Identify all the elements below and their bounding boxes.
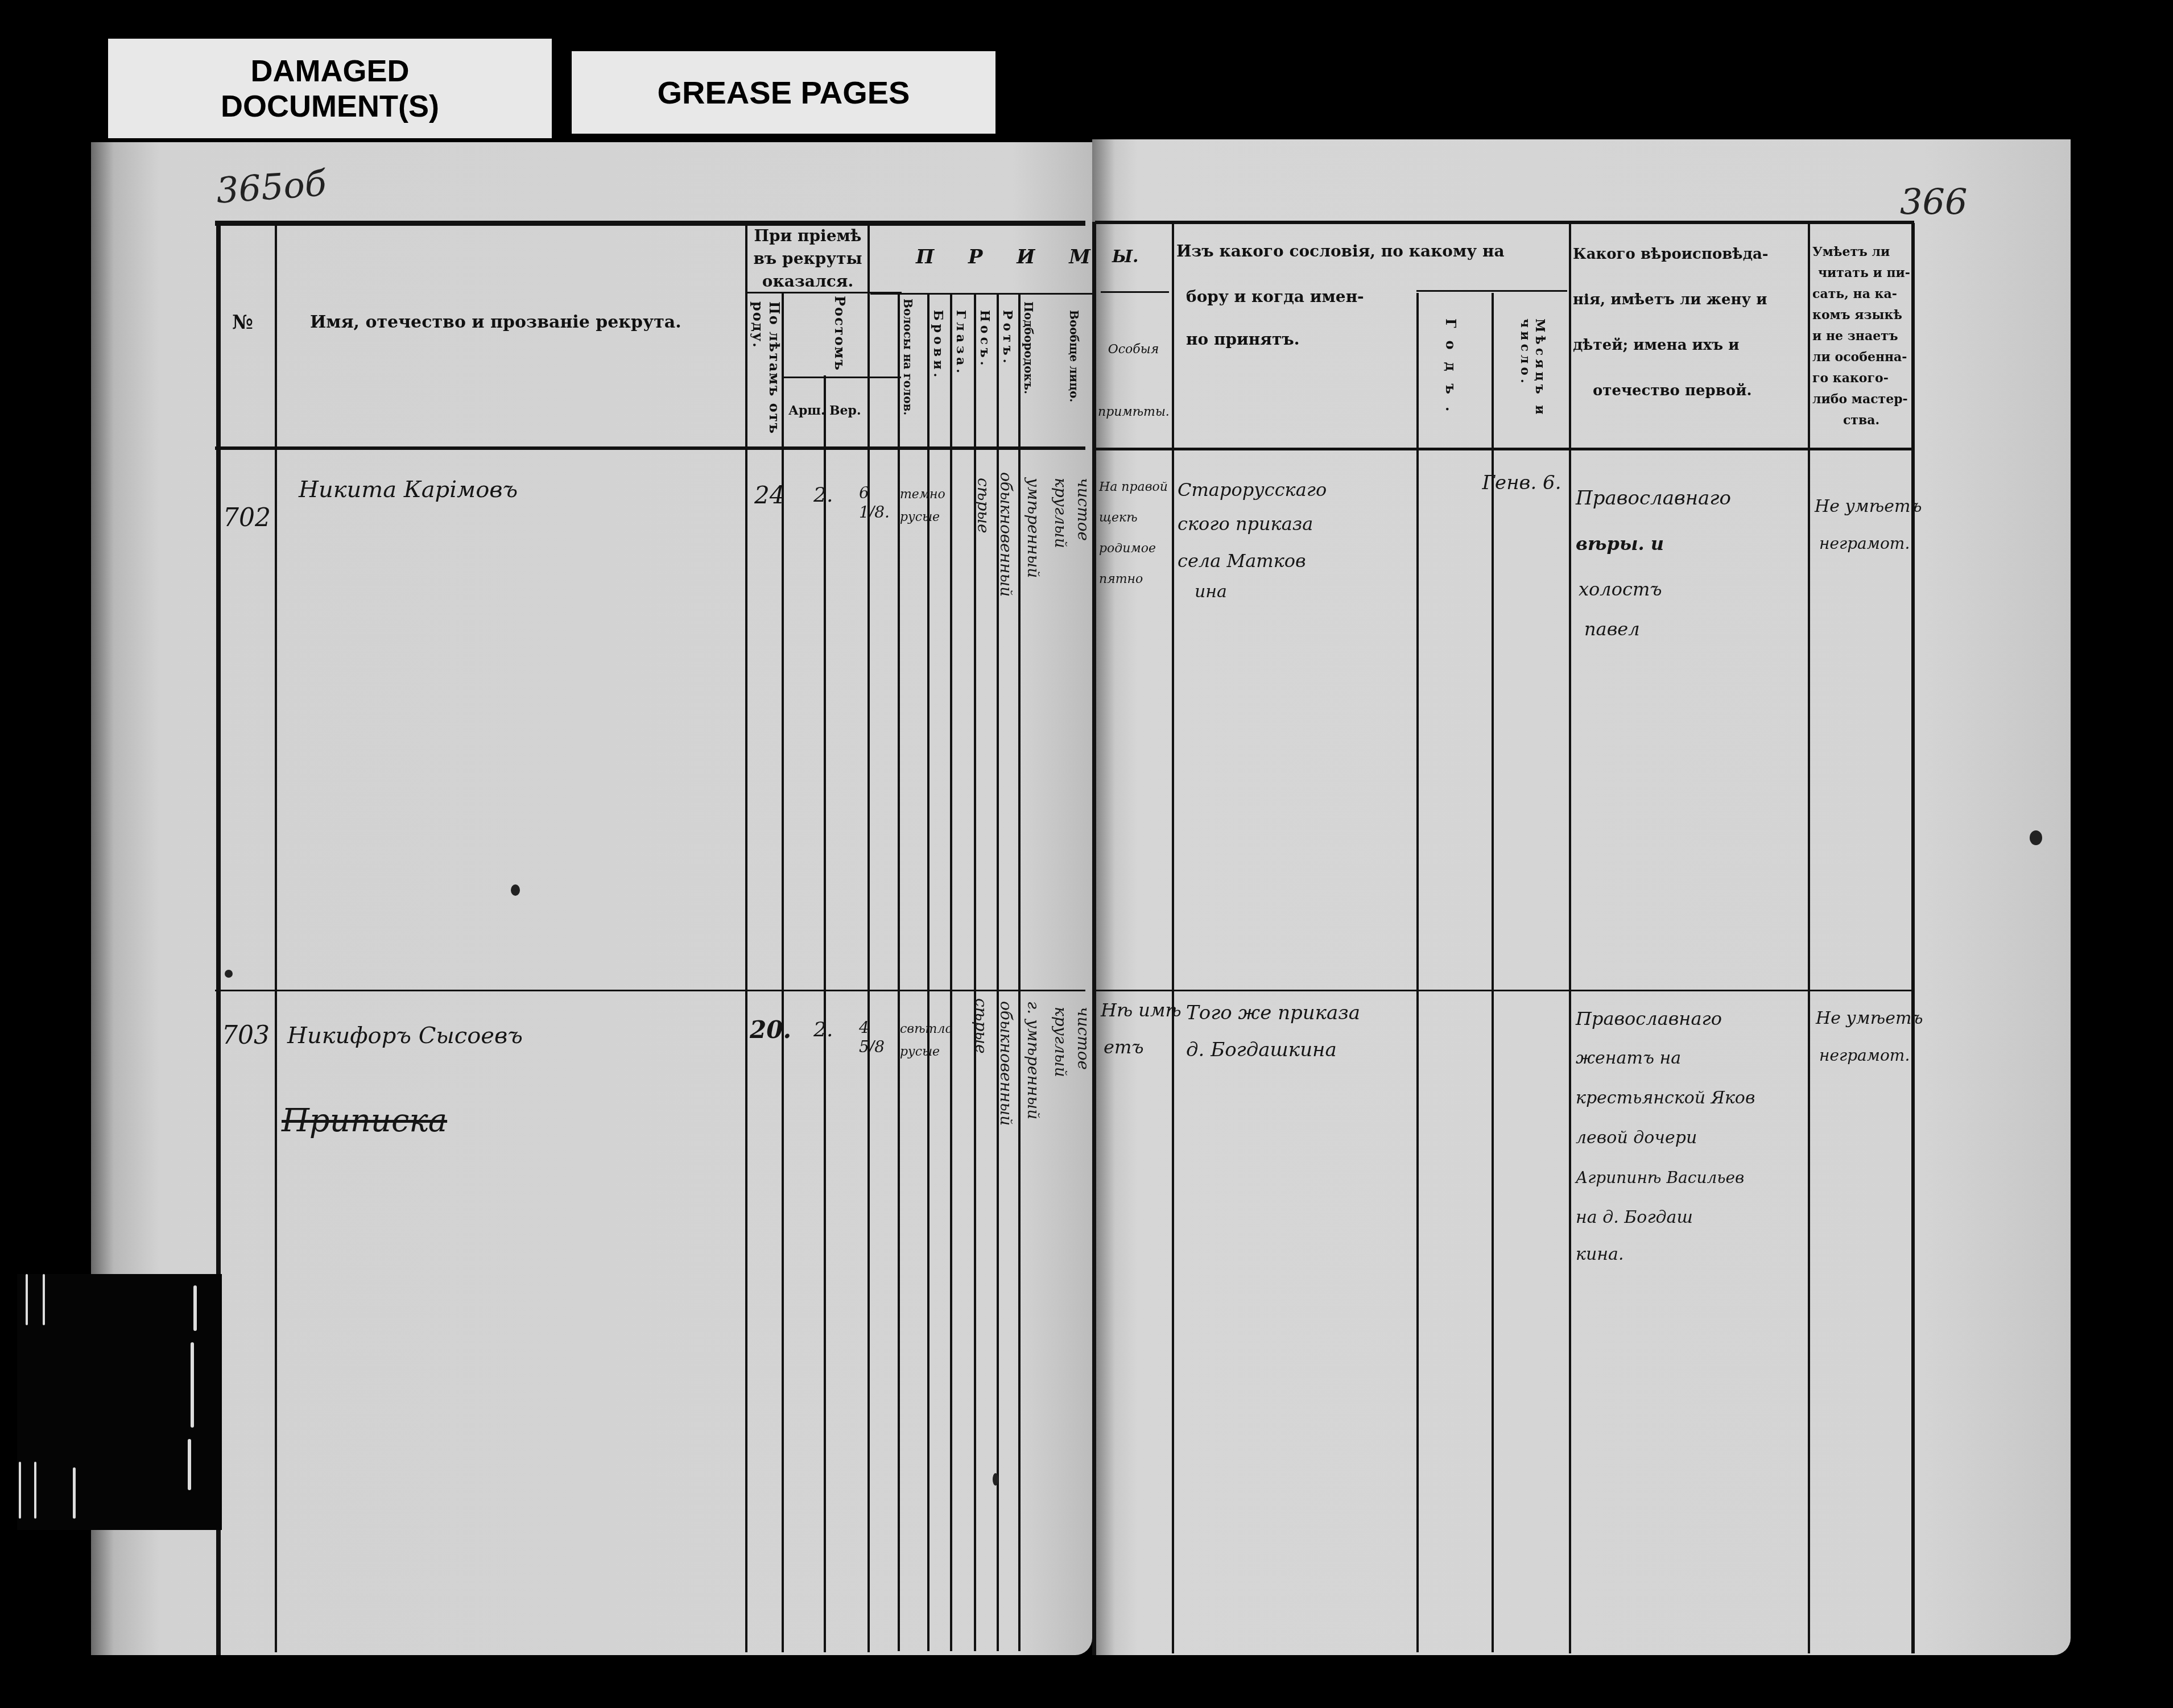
binding-stitch [19, 1462, 21, 1519]
religion-line6: на д. Богдаш [1576, 1200, 1693, 1235]
col-rule-month [1569, 223, 1571, 1653]
recruit-note: Приписка [282, 1103, 447, 1139]
col-rule-name [745, 225, 747, 1652]
ink-blot [993, 1473, 998, 1486]
estate-line3: села Матков [1178, 543, 1306, 578]
col-rule-special [1172, 223, 1174, 1653]
header-age: По лѣтамъ отъ роду. [750, 301, 783, 444]
chin-value: круглый [1051, 1007, 1070, 1077]
nose-value: обыкновенный [997, 1001, 1015, 1126]
face-value: чистое [1074, 1007, 1093, 1070]
subheader-rule-signs [870, 293, 1092, 295]
ink-blot [2030, 830, 2042, 845]
estate-line2: ского приказа [1178, 506, 1313, 541]
recruit-arsh: 2. [813, 478, 833, 513]
header-religion-line3: дѣтей; имена ихъ и [1573, 333, 1740, 358]
header-signs-right: Ы. [1112, 245, 1139, 270]
subheader-rule-special [1101, 291, 1169, 293]
header-literacy-line3: сать, на ка- [1812, 284, 1910, 305]
col-rule-religion [1808, 223, 1810, 1653]
estate-line4: ина [1195, 574, 1227, 610]
damaged-label-line2: DOCUMENT(S) [221, 89, 439, 124]
religion-line2: женатъ на [1576, 1041, 1681, 1076]
row-divider-right [1095, 990, 1914, 991]
binding-stitch [191, 1342, 194, 1428]
row-number: 703 [222, 1018, 270, 1053]
religion-line2: вѣры. и [1576, 526, 1664, 561]
header-brows: Брови. [931, 310, 945, 441]
special-signs: На правой щекѣ родимое пятно [1099, 472, 1170, 595]
header-estate-line2: бору и когда имен- [1186, 284, 1364, 309]
header-at-reception-text: При пріемѣ въ рекруты оказался. [753, 226, 862, 291]
literacy-line2: неграмот. [1819, 1038, 1910, 1073]
recruit-age: 24 [754, 478, 784, 513]
row-number: 702 [223, 501, 271, 536]
header-height: Ростомъ [832, 296, 848, 375]
estate-line1: Того же приказа [1186, 995, 1360, 1031]
header-year: Годъ. [1443, 319, 1459, 432]
header-religion-line2: нія, имѣетъ ли жену и [1573, 287, 1767, 312]
header-literacy-line1: Умѣетъ ли [1812, 242, 1910, 263]
damaged-label-line1: DAMAGED [221, 53, 439, 89]
estate-line1: Старорусскаго [1178, 472, 1327, 507]
row-divider [215, 990, 1085, 991]
table-right-border [1911, 223, 1915, 1653]
religion-line1: Православнаго [1576, 1001, 1722, 1036]
header-bottom-rule [215, 446, 1085, 450]
eyes-value: сѣрые [972, 998, 990, 1054]
special-signs-line1: Нѣ имѣ [1101, 992, 1181, 1028]
hair-color: темно русые [900, 483, 951, 529]
header-hair: Волосы на голов. [901, 299, 915, 446]
header-signs-left: П Р И М [916, 245, 1104, 270]
header-literacy-line6: ли особенна- [1812, 347, 1910, 368]
binding-stitch [188, 1439, 191, 1490]
header-literacy-line5: и не знаетъ [1812, 326, 1910, 347]
header-literacy-line8: либо мастер- [1812, 389, 1910, 410]
ink-blot [511, 884, 520, 896]
book-binding [17, 1274, 222, 1530]
nose-value: обыкновенный [997, 472, 1015, 597]
religion-line3: крестьянской Яков [1576, 1081, 1755, 1116]
chin-value: круглый [1051, 478, 1070, 548]
col-rule-number [275, 225, 277, 1652]
header-literacy: Умѣетъ ли читать и пи- сать, на ка- комъ… [1812, 242, 1910, 431]
col-rule-chin [1018, 295, 1021, 1651]
header-month-day: Мѣсяцъ и число. [1518, 319, 1547, 432]
religion-line4: павел [1584, 611, 1640, 647]
table-top-rule [215, 221, 1085, 226]
header-estate-line3: но принятъ. [1186, 327, 1300, 352]
recruit-age: 20. [750, 1012, 791, 1048]
header-bottom-rule-right [1095, 448, 1914, 450]
binding-stitch [193, 1285, 197, 1331]
col-rule-reception [867, 225, 870, 1652]
subheader-rule-height [784, 377, 901, 378]
gutter-rule [1092, 222, 1096, 1655]
literacy-line1: Не умѣетъ [1815, 489, 1922, 524]
month-day: Генв. 6. [1479, 466, 1564, 499]
header-name: Имя, отечество и прозваніе рекрута. [310, 310, 681, 335]
binding-stitch [73, 1467, 76, 1519]
header-at-reception: При пріемѣ въ рекруты оказался. [748, 225, 867, 293]
header-vershok: Вер. [829, 398, 861, 423]
estate-line2: д. Богдашкина [1186, 1032, 1337, 1068]
header-face: Вообще лицо. [1067, 310, 1081, 446]
subheader-rule-date [1416, 290, 1567, 292]
header-chin: Подбородокъ. [1022, 301, 1035, 444]
header-arsh: Арш. [788, 398, 825, 423]
recruit-arsh: 2. [813, 1012, 833, 1048]
header-mouth: Ротъ. [1000, 310, 1015, 441]
mouth-value: умѣренный [1024, 478, 1043, 578]
header-literacy-line2: читать и пи- [1812, 263, 1910, 284]
header-special: Особыя примѣты. [1098, 319, 1169, 444]
header-literacy-line4: комъ языкѣ [1812, 305, 1910, 326]
damaged-documents-label: DAMAGED DOCUMENT(S) [108, 39, 552, 138]
right-page [1092, 139, 2071, 1655]
hair-color: свѣтло русые [900, 1018, 951, 1064]
ink-blot [225, 970, 233, 978]
religion-line4: левой дочери [1576, 1120, 1697, 1156]
religion-line3: холостъ [1579, 572, 1662, 607]
folio-number-right: 366 [1900, 181, 1967, 222]
religion-line5: Агрипинѣ Васильев [1576, 1160, 1744, 1196]
binding-stitch [34, 1462, 36, 1519]
header-literacy-line7: го какого- [1812, 368, 1910, 389]
header-number: № [232, 310, 253, 335]
religion-line1: Православнаго [1576, 481, 1731, 516]
religion-line7: кина. [1576, 1237, 1623, 1272]
header-nose: Носъ. [977, 310, 992, 441]
grease-pages-label: GREASE PAGES [572, 51, 995, 134]
literacy-line2: неграмот. [1819, 526, 1910, 561]
face-value: чистое [1074, 478, 1093, 541]
header-religion-line1: Какого вѣроисповѣда- [1573, 242, 1769, 267]
eyes-value: сѣрые [974, 478, 993, 534]
header-literacy-line9: ства. [1812, 410, 1910, 431]
table-top-rule-right [1095, 221, 1914, 224]
literacy-line1: Не умѣетъ [1816, 1001, 1923, 1036]
recruit-name: Никифоръ Сысоевъ [287, 1018, 523, 1053]
binding-stitch [26, 1274, 28, 1325]
header-religion-line4: отечество первой. [1593, 378, 1751, 403]
mouth-value: г. умѣренный [1024, 1001, 1043, 1119]
special-signs-line2: етъ [1104, 1029, 1144, 1065]
header-eyes: Глаза. [953, 310, 968, 441]
recruit-vershok: 6 1/8. [859, 483, 893, 522]
header-estate-line1: Изъ какого сословія, по какому на [1176, 239, 1505, 264]
recruit-vershok: 4 5/8 [859, 1018, 893, 1057]
folio-number-left: 365об [215, 162, 328, 211]
recruit-name: Никита Карімовъ [299, 472, 518, 507]
col-rule-estate [1416, 293, 1419, 1652]
binding-stitch [43, 1274, 45, 1325]
